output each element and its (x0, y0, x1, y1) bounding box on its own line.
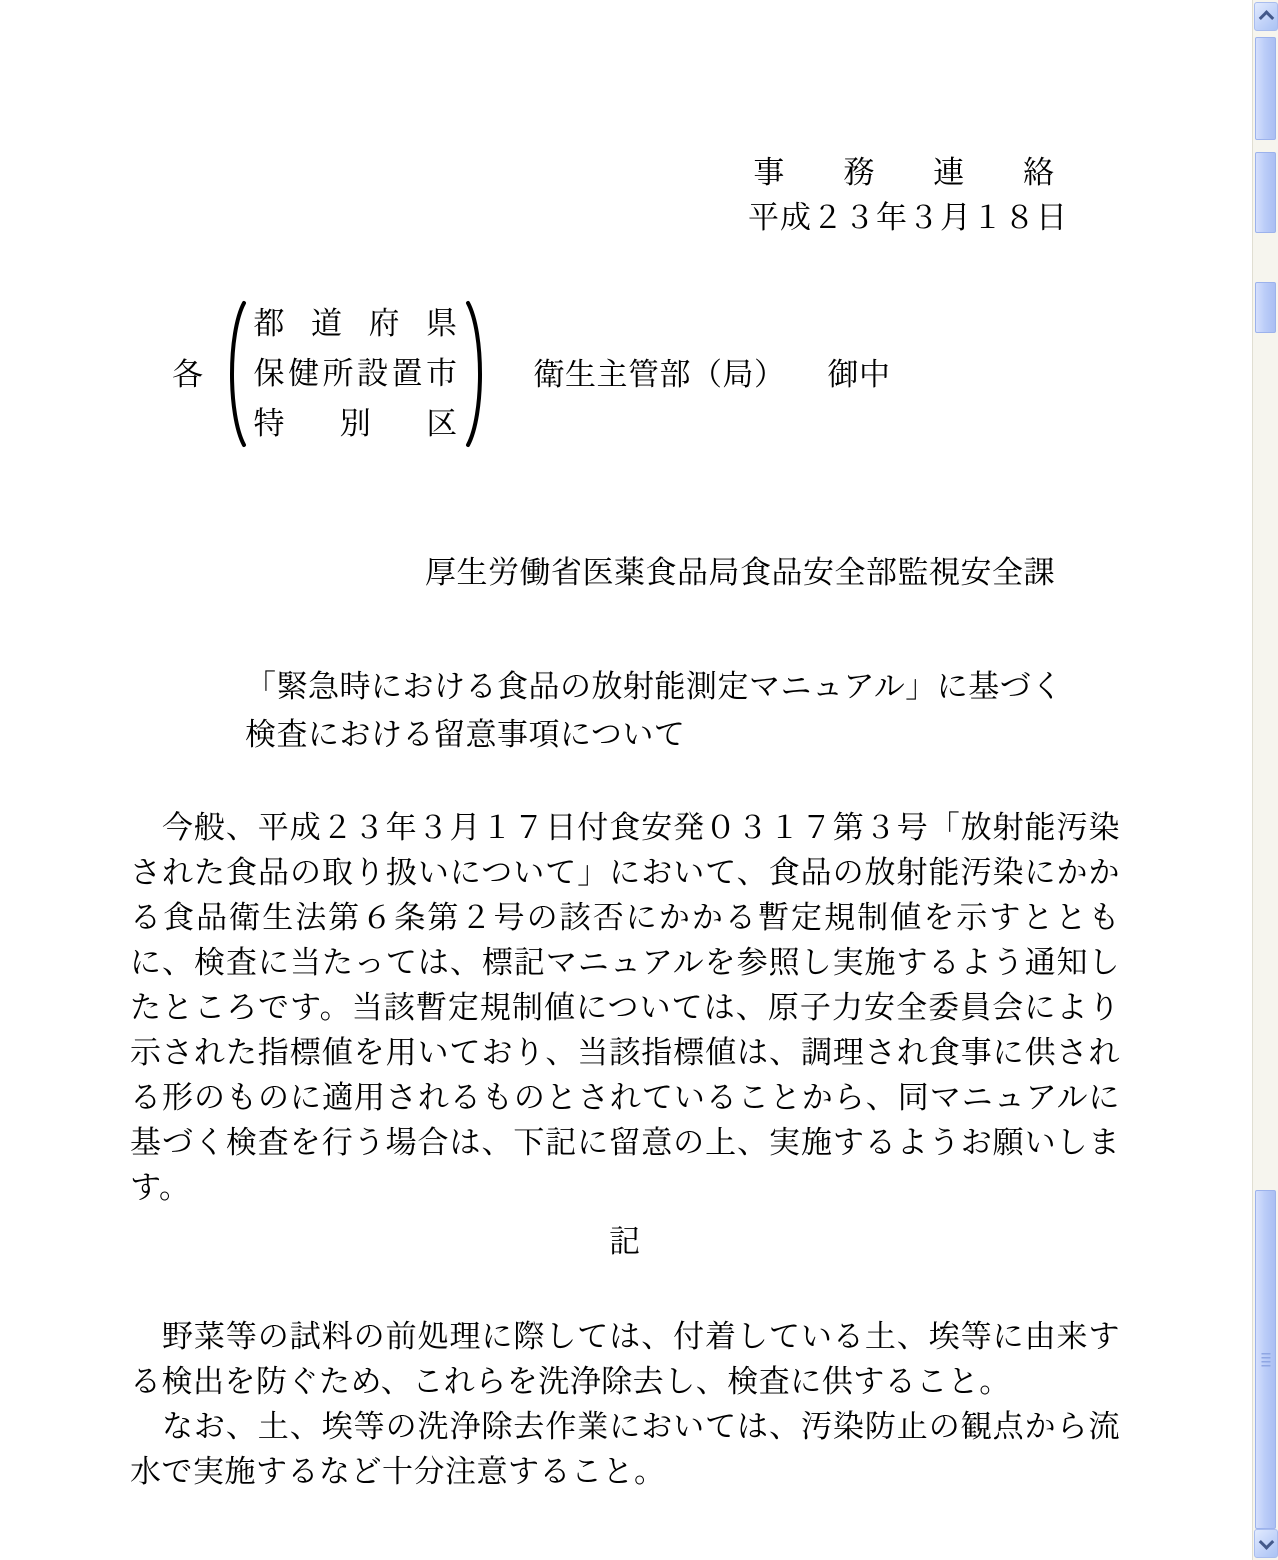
notes-section: 野菜等の試料の前処理に際しては、付着している土、埃等に由来する検出を防ぐため、こ… (130, 1314, 1120, 1494)
title-line-2: 検査における留意事項について (245, 711, 1120, 759)
scroll-up-button[interactable] (1254, 2, 1278, 31)
addressee-honorific: 御中 (828, 352, 891, 397)
scrollbar-thumb-fragment-1 (1255, 37, 1276, 140)
right-bracket (464, 298, 490, 450)
document-title: 「緊急時における食品の放射能測定マニュアル」に基づく 検査における留意事項につい… (245, 663, 1120, 759)
note-paragraph-2: なお、土、埃等の洗浄除去作業においては、汚染防止の観点から流水で実施するなど十分… (130, 1404, 1120, 1494)
document-page: 事 務 連 絡 平成２３年３月１８日 各 都道府県 保健所設置市 特別区 衛生主… (0, 0, 1278, 1560)
addressee-options: 都道府県 保健所設置市 特別区 (254, 299, 458, 449)
addressee-option-special-wards: 特別区 (254, 399, 458, 449)
document-header: 事 務 連 絡 平成２３年３月１８日 (130, 150, 1120, 240)
doc-type-label: 事 務 連 絡 (130, 150, 1068, 195)
document-content: 事 務 連 絡 平成２３年３月１８日 各 都道府県 保健所設置市 特別区 衛生主… (0, 0, 1252, 1560)
scroll-down-button[interactable] (1254, 1529, 1278, 1558)
chevron-up-icon (1258, 10, 1274, 26)
addressee-block: 各 都道府県 保健所設置市 特別区 衛生主管部（局） 御中 (172, 298, 1120, 450)
addressee-option-health-center-cities: 保健所設置市 (254, 349, 458, 399)
scrollbar-thumb-fragment-3 (1255, 282, 1276, 333)
note-paragraph-1: 野菜等の試料の前処理に際しては、付着している土、埃等に由来する検出を防ぐため、こ… (130, 1314, 1120, 1404)
body-paragraph: 今般、平成２３年３月１７日付食安発０３１７第３号「放射能汚染された食品の取り扱い… (130, 805, 1120, 1210)
addressee-department: 衛生主管部（局） (534, 352, 786, 397)
addressee-option-prefectures: 都道府県 (254, 299, 458, 349)
chevron-down-icon (1258, 1534, 1274, 1550)
doc-date: 平成２３年３月１８日 (130, 195, 1068, 240)
vertical-scrollbar[interactable] (1252, 0, 1278, 1560)
sender-line: 厚生労働省医薬食品局食品安全部監視安全課 (425, 550, 1120, 595)
addressee-prefix: 各 (172, 352, 204, 397)
title-line-1: 「緊急時における食品の放射能測定マニュアル」に基づく (245, 663, 1120, 711)
grip-icon (1261, 1353, 1270, 1367)
scrollbar-thumb[interactable] (1255, 1190, 1276, 1529)
left-bracket (222, 298, 248, 450)
scrollbar-thumb-fragment-2 (1255, 152, 1276, 233)
section-marker: 記 (130, 1219, 1120, 1264)
